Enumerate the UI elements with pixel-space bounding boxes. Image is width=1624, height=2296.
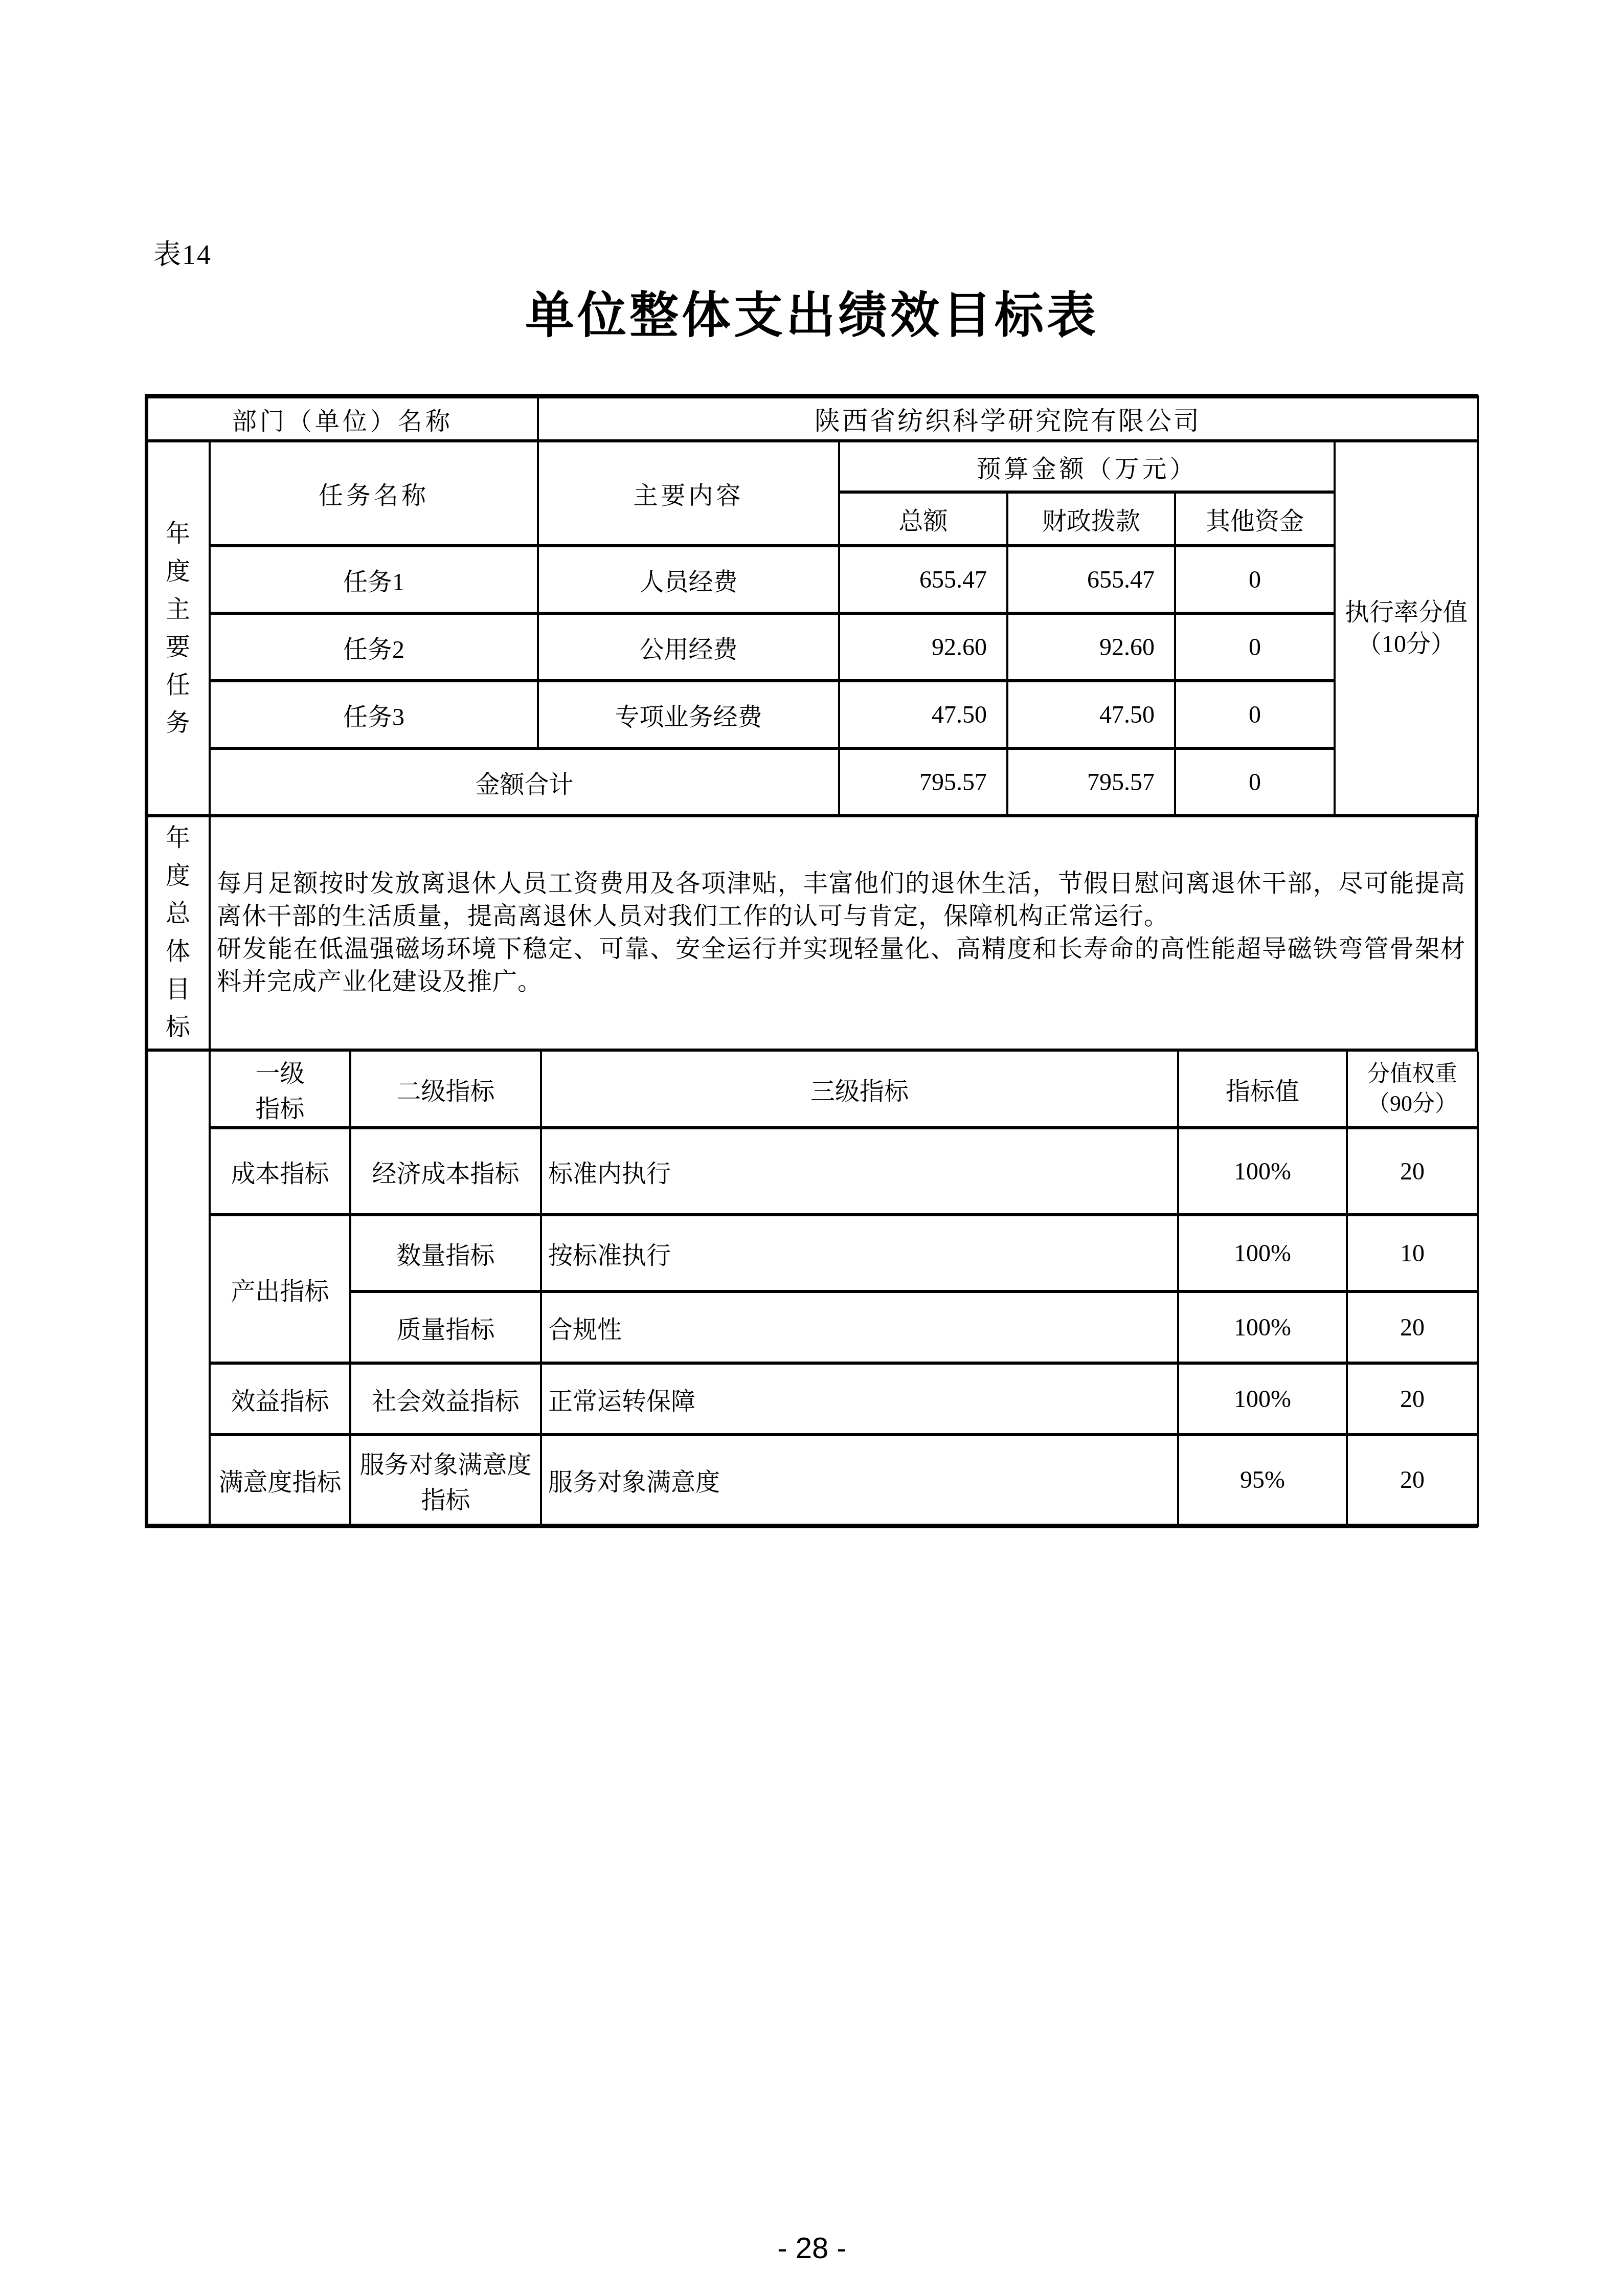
level3-indicator-cell: 按标准执行 bbox=[541, 1215, 1178, 1291]
col-header-score-weight: 分值权重 （90分） bbox=[1347, 1052, 1478, 1128]
table-row: 金额合计 795.57 795.57 0 bbox=[147, 748, 1478, 816]
level1-indicator-cell: 成本指标 bbox=[210, 1128, 350, 1215]
page-title: 单位整体支出绩效目标表 bbox=[0, 276, 1624, 346]
indicator-value-cell: 100% bbox=[1178, 1291, 1347, 1363]
task-fiscal-cell: 47.50 bbox=[1007, 681, 1175, 748]
table-row: 满意度指标 服务对象满意度 指标 服务对象满意度 95% 20 bbox=[147, 1435, 1478, 1525]
col-header-total: 总额 bbox=[839, 492, 1007, 546]
task-content-cell: 公用经费 bbox=[538, 613, 839, 681]
table-row: 效益指标 社会效益指标 正常运转保障 100% 20 bbox=[147, 1363, 1478, 1435]
col-header-level3-indicator: 三级指标 bbox=[541, 1052, 1178, 1128]
indicator-weight-cell: 10 bbox=[1347, 1215, 1478, 1291]
indicator-value-cell: 100% bbox=[1178, 1128, 1347, 1215]
sum-total-cell: 795.57 bbox=[839, 748, 1007, 816]
task-name-cell: 任务1 bbox=[210, 546, 538, 613]
indicator-value-cell: 100% bbox=[1178, 1363, 1347, 1435]
task-total-cell: 47.50 bbox=[839, 681, 1007, 748]
col-header-other-funds: 其他资金 bbox=[1175, 492, 1335, 546]
col-header-main-content: 主要内容 bbox=[538, 441, 839, 546]
task-name-cell: 任务3 bbox=[210, 681, 538, 748]
goal-paragraph: 每月足额按时发放离退休人员工资费用及各项津贴，丰富他们的退休生活，节假日慰问离退… bbox=[217, 867, 1465, 933]
col-header-budget-amount: 预算金额（万元） bbox=[839, 441, 1335, 492]
indicator-value-cell: 100% bbox=[1178, 1215, 1347, 1291]
level2-indicator-cell: 社会效益指标 bbox=[350, 1363, 541, 1435]
level1-indicator-cell: 产出指标 bbox=[210, 1215, 350, 1363]
task-fiscal-cell: 655.47 bbox=[1007, 546, 1175, 613]
document-page: 表14 单位整体支出绩效目标表 部门（单位）名称 陕西省纺织科学研究院有限公司 … bbox=[0, 0, 1624, 2296]
indicator-section: 一级 指标 二级指标 三级指标 指标值 分值权重 （90分） 成本指标 经济成本… bbox=[146, 1052, 1479, 1527]
table-row: 部门（单位）名称 陕西省纺织科学研究院有限公司 bbox=[147, 397, 1478, 441]
amount-sum-label: 金额合计 bbox=[210, 748, 839, 816]
sum-fiscal-cell: 795.57 bbox=[1007, 748, 1175, 816]
level2-indicator-cell: 数量指标 bbox=[350, 1215, 541, 1291]
indicator-left-spacer bbox=[147, 1052, 210, 1525]
col-header-task-name: 任务名称 bbox=[210, 441, 538, 546]
performance-target-table: 部门（单位）名称 陕西省纺织科学研究院有限公司 年度 主要 任务 任务名称 主要… bbox=[145, 394, 1478, 1528]
table-row: 成本指标 经济成本指标 标准内执行 100% 20 bbox=[147, 1128, 1478, 1215]
level3-indicator-cell: 服务对象满意度 bbox=[541, 1435, 1178, 1525]
col-header-level2-indicator: 二级指标 bbox=[350, 1052, 541, 1128]
page-number: - 28 - bbox=[0, 2231, 1624, 2265]
col-header-execution-rate-score: 执行率分值 （10分） bbox=[1335, 441, 1478, 816]
level2-indicator-cell: 经济成本指标 bbox=[350, 1128, 541, 1215]
indicator-weight-cell: 20 bbox=[1347, 1435, 1478, 1525]
sum-other-cell: 0 bbox=[1175, 748, 1335, 816]
dept-name-value: 陕西省纺织科学研究院有限公司 bbox=[538, 397, 1478, 441]
task-content-cell: 人员经费 bbox=[538, 546, 839, 613]
level2-indicator-cell: 质量指标 bbox=[350, 1291, 541, 1363]
indicator-weight-cell: 20 bbox=[1347, 1128, 1478, 1215]
table-row: 一级 指标 二级指标 三级指标 指标值 分值权重 （90分） bbox=[147, 1052, 1478, 1128]
table-row: 任务3 专项业务经费 47.50 47.50 0 bbox=[147, 681, 1478, 748]
col-header-indicator-value: 指标值 bbox=[1178, 1052, 1347, 1128]
annual-goal-section: 年度 总体 目标 每月足额按时发放离退休人员工资费用及各项津贴，丰富他们的退休生… bbox=[146, 817, 1477, 1052]
indicator-weight-cell: 20 bbox=[1347, 1291, 1478, 1363]
task-fiscal-cell: 92.60 bbox=[1007, 613, 1175, 681]
level1-indicator-cell: 效益指标 bbox=[210, 1363, 350, 1435]
level3-indicator-cell: 正常运转保障 bbox=[541, 1363, 1178, 1435]
table-number-label: 表14 bbox=[153, 233, 212, 272]
level2-indicator-cell: 服务对象满意度 指标 bbox=[350, 1435, 541, 1525]
level3-indicator-cell: 标准内执行 bbox=[541, 1128, 1178, 1215]
dept-name-label: 部门（单位）名称 bbox=[147, 397, 538, 441]
col-header-fiscal-appropriation: 财政拨款 bbox=[1007, 492, 1175, 546]
table-row: 任务2 公用经费 92.60 92.60 0 bbox=[147, 613, 1478, 681]
task-name-cell: 任务2 bbox=[210, 613, 538, 681]
indicator-value-cell: 95% bbox=[1178, 1435, 1347, 1525]
task-content-cell: 专项业务经费 bbox=[538, 681, 839, 748]
col-header-level1-indicator: 一级 指标 bbox=[210, 1052, 350, 1128]
level3-indicator-cell: 合规性 bbox=[541, 1291, 1178, 1363]
task-other-cell: 0 bbox=[1175, 681, 1335, 748]
budget-task-section: 部门（单位）名称 陕西省纺织科学研究院有限公司 年度 主要 任务 任务名称 主要… bbox=[146, 395, 1479, 817]
table-row: 年度 总体 目标 每月足额按时发放离退休人员工资费用及各项津贴，丰富他们的退休生… bbox=[147, 817, 1476, 1050]
section-label-annual-overall-goal: 年度 总体 目标 bbox=[147, 817, 210, 1050]
task-total-cell: 92.60 bbox=[839, 613, 1007, 681]
level1-indicator-cell: 满意度指标 bbox=[210, 1435, 350, 1525]
task-other-cell: 0 bbox=[1175, 546, 1335, 613]
goal-paragraph: 研发能在低温强磁场环境下稳定、可靠、安全运行并实现轻量化、高精度和长寿命的高性能… bbox=[217, 933, 1465, 998]
annual-goal-text: 每月足额按时发放离退休人员工资费用及各项津贴，丰富他们的退休生活，节假日慰问离退… bbox=[210, 817, 1476, 1050]
task-total-cell: 655.47 bbox=[839, 546, 1007, 613]
task-other-cell: 0 bbox=[1175, 613, 1335, 681]
indicator-weight-cell: 20 bbox=[1347, 1363, 1478, 1435]
table-row: 任务1 人员经费 655.47 655.47 0 bbox=[147, 546, 1478, 613]
section-label-annual-main-tasks: 年度 主要 任务 bbox=[147, 441, 210, 816]
table-row: 年度 主要 任务 任务名称 主要内容 预算金额（万元） 执行率分值 （10分） bbox=[147, 441, 1478, 492]
table-row: 产出指标 数量指标 按标准执行 100% 10 bbox=[147, 1215, 1478, 1291]
